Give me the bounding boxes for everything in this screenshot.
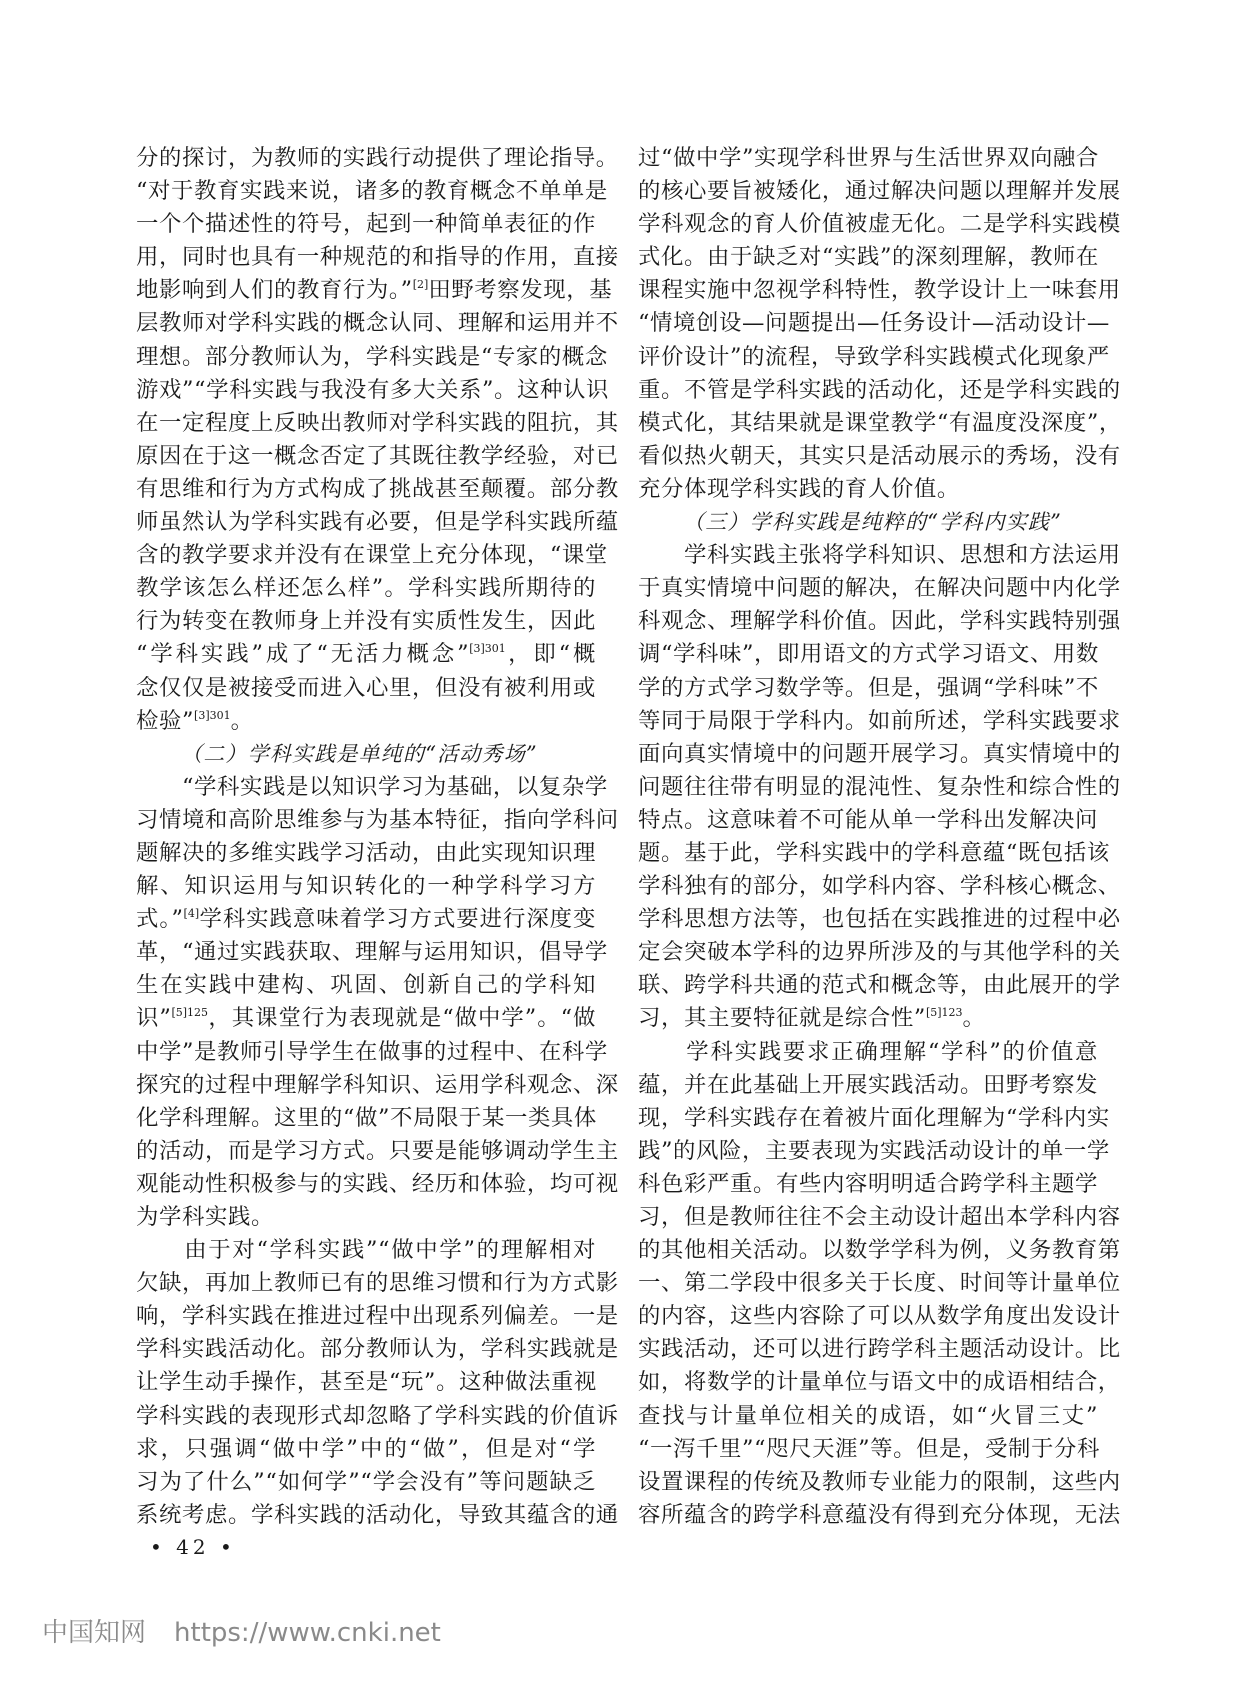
line-text: 的内容，这些内容除了可以从数学角度出发设计	[638, 1303, 1121, 1329]
line-text: 容所蕴含的跨学科意蕴没有得到充分体现，无法	[638, 1502, 1121, 1528]
line-text: 问题往往带有明显的混沌性、复杂性和综合性的	[638, 774, 1121, 800]
line-text: 用，同时也具有一种规范的和指导的作用，直接	[136, 244, 619, 270]
line-text: 践”的风险，主要表现为实践活动设计的单一学	[638, 1138, 1110, 1164]
line-text: 一个个描述性的符号，起到一种简单表征的作	[136, 211, 596, 237]
text-line: 习情境和高阶思维参与为基本特征，指向学科问	[136, 804, 596, 837]
text-line: “对于教育实践来说，诸多的教育概念不单单是	[136, 175, 596, 208]
line-text: 解、知识运用与知识转化的一种学科学习方	[136, 873, 596, 899]
text-line: 游戏”“学科实践与我没有多大关系”。这种认识	[136, 374, 596, 407]
text-line: 科观念、理解学科价值。因此，学科实践特别强	[638, 605, 1098, 638]
section-heading: （三）学科实践是纯粹的“学科内实践”	[638, 506, 1098, 539]
line-text: 习情境和高阶思维参与为基本特征，指向学科问	[136, 807, 619, 833]
text-line: 理想。部分教师认为，学科实践是“专家的概念	[136, 341, 596, 374]
line-text: 探究的过程中理解学科知识、运用学科观念、深	[136, 1072, 619, 1098]
line-text: 的核心要旨被矮化，通过解决问题以理解并发展	[638, 178, 1121, 204]
left-column: 分的探讨，为教师的实践行动提供了理论指导。“对于教育实践来说，诸多的教育概念不单…	[136, 142, 596, 1532]
text-line: 式化。由于缺乏对“实践”的深刻理解，教师在	[638, 241, 1098, 274]
text-line: 师虽然认为学科实践有必要，但是学科实践所蕴	[136, 506, 596, 539]
text-line: 科色彩严重。有些内容明明适合跨学科主题学	[638, 1168, 1098, 1201]
line-text: 行为转变在教师身上并没有实质性发生，因此	[136, 608, 596, 634]
line-text: 看似热火朝天，其实只是活动展示的秀场，没有	[638, 443, 1121, 469]
text-line: 实践活动，还可以进行跨学科主题活动设计。比	[638, 1333, 1098, 1366]
line-text: 在一定程度上反映出教师对学科实践的阻抗，其	[136, 410, 619, 436]
text-line: 等同于局限于学科内。如前所述，学科实践要求	[638, 705, 1098, 738]
text-line: 系统考虑。学科实践的活动化，导致其蕴含的通	[136, 1499, 596, 1532]
line-text: 一、第二学段中很多关于长度、时间等计量单位	[638, 1270, 1121, 1296]
line-text: “一泻千里”“咫尺天涯”等。但是，受制于分科	[638, 1436, 1100, 1462]
line-text: 调“学科味”，即用语文的方式学习语文、用数	[638, 641, 1099, 667]
right-column: 过“做中学”实现学科世界与生活世界双向融合的核心要旨被矮化，通过解决问题以理解并…	[638, 142, 1098, 1532]
text-line: 行为转变在教师身上并没有实质性发生，因此	[136, 605, 596, 638]
line-text: 学科实践的表现形式却忽略了学科实践的价值诉	[136, 1403, 619, 1429]
text-line: 习，但是教师往往不会主动设计超出本学科内容	[638, 1201, 1098, 1234]
citation-ref: [2]	[413, 278, 429, 291]
text-line: 学科实践要求正确理解“学科”的价值意	[638, 1036, 1098, 1069]
line-text: 习为了什么”“如何学”“学会没有”等问题缺乏	[136, 1469, 596, 1495]
line-text: 生在实践中建构、巩固、创新自己的学科知	[136, 972, 596, 998]
line-text: 检验”	[136, 708, 194, 734]
line-text: 模式化，其结果就是课堂教学“有温度没深度”，	[638, 410, 1122, 436]
line-text: 响，学科实践在推进过程中出现系列偏差。一是	[136, 1303, 619, 1329]
line-text: “对于教育实践来说，诸多的教育概念不单单是	[136, 178, 608, 204]
text-line: “一泻千里”“咫尺天涯”等。但是，受制于分科	[638, 1433, 1098, 1466]
line-text: 学科实践活动化。部分教师认为，学科实践就是	[136, 1336, 619, 1362]
text-line: 有思维和行为方式构成了挑战甚至颠覆。部分教	[136, 473, 596, 506]
line-text: 念仅仅是被接受而进入心里，但没有被利用或	[136, 675, 596, 701]
line-text: 面向真实情境中的问题开展学习。真实情境中的	[638, 741, 1121, 767]
text-line: 用，同时也具有一种规范的和指导的作用，直接	[136, 241, 596, 274]
line-text-continued: ，即“概	[506, 641, 596, 667]
text-line: 一、第二学段中很多关于长度、时间等计量单位	[638, 1267, 1098, 1300]
line-text: 学科独有的部分，如学科内容、学科核心概念、	[638, 873, 1121, 899]
text-line: 特点。这意味着不可能从单一学科出发解决问	[638, 804, 1098, 837]
text-line: 容所蕴含的跨学科意蕴没有得到充分体现，无法	[638, 1499, 1098, 1532]
line-text: 设置课程的传统及教师专业能力的限制，这些内	[638, 1469, 1121, 1495]
text-line: 念仅仅是被接受而进入心里，但没有被利用或	[136, 672, 596, 705]
line-text: 习，其主要特征就是综合性”	[638, 1005, 926, 1031]
text-line: 定会突破本学科的边界所涉及的与其他学科的关	[638, 936, 1098, 969]
section-heading: （二）学科实践是单纯的“活动秀场”	[136, 738, 596, 771]
text-line: 看似热火朝天，其实只是活动展示的秀场，没有	[638, 440, 1098, 473]
text-line: “学科实践是以知识学习为基础，以复杂学	[136, 771, 596, 804]
text-line: 检验”[3]301。	[136, 705, 596, 738]
citation-ref: [5]123	[926, 1006, 963, 1019]
text-line: 解、知识运用与知识转化的一种学科学习方	[136, 870, 596, 903]
text-line: “学科实践”成了“无活力概念”[3]301，即“概	[136, 638, 596, 671]
line-text: 现，学科实践存在着被片面化理解为“学科内实	[638, 1105, 1110, 1131]
line-text-continued: 田野考察发现，基	[428, 277, 612, 303]
text-line: 习，其主要特征就是综合性”[5]123。	[638, 1002, 1098, 1035]
text-line: 在一定程度上反映出教师对学科实践的阻抗，其	[136, 407, 596, 440]
line-text: 学的方式学习数学等。但是，强调“学科味”不	[638, 675, 1099, 701]
text-line: 式。”[4]学科实践意味着学习方式要进行深度变	[136, 903, 596, 936]
text-line: 学科独有的部分，如学科内容、学科核心概念、	[638, 870, 1098, 903]
line-text: 如，将数学的计量单位与语文中的成语相结合，	[638, 1369, 1121, 1395]
line-text: 题。基于此，学科实践中的学科意蕴“既包括该	[638, 840, 1110, 866]
line-text: 革，“通过实践获取、理解与运用知识，倡导学	[136, 939, 608, 965]
line-text: 科色彩严重。有些内容明明适合跨学科主题学	[638, 1171, 1098, 1197]
text-line: 欠缺，再加上教师已有的思维习惯和行为方式影	[136, 1267, 596, 1300]
text-line: 践”的风险，主要表现为实践活动设计的单一学	[638, 1135, 1098, 1168]
line-text: 充分体现学科实践的育人价值。	[638, 476, 960, 502]
text-line: 过“做中学”实现学科世界与生活世界双向融合	[638, 142, 1098, 175]
text-line: 识”[5]125，其课堂行为表现就是“做中学”。“做	[136, 1002, 596, 1035]
line-text: 的活动，而是学习方式。只要是能够调动学生主	[136, 1138, 619, 1164]
text-line: 学科思想方法等，也包括在实践推进的过程中必	[638, 903, 1098, 936]
text-line: 于真实情境中问题的解决，在解决问题中内化学	[638, 572, 1098, 605]
text-line: 的内容，这些内容除了可以从数学角度出发设计	[638, 1300, 1098, 1333]
line-text: 地影响到人们的教育行为。”	[136, 277, 413, 303]
text-line: 的活动，而是学习方式。只要是能够调动学生主	[136, 1135, 596, 1168]
line-text: 系统考虑。学科实践的活动化，导致其蕴含的通	[136, 1502, 619, 1528]
text-line: 问题往往带有明显的混沌性、复杂性和综合性的	[638, 771, 1098, 804]
line-text: 观能动性积极参与的实践、经历和体验，均可视	[136, 1171, 619, 1197]
line-text: 等同于局限于学科内。如前所述，学科实践要求	[638, 708, 1121, 734]
line-text: 学科实践主张将学科知识、思想和方法运用	[638, 542, 1121, 568]
text-line: 蕴，并在此基础上开展实践活动。田野考察发	[638, 1069, 1098, 1102]
text-line: 面向真实情境中的问题开展学习。真实情境中的	[638, 738, 1098, 771]
line-text: 式。”	[136, 906, 184, 932]
line-text: 查找与计量单位相关的成语，如“火冒三丈”	[638, 1403, 1098, 1429]
line-text: 科观念、理解学科价值。因此，学科实践特别强	[638, 608, 1121, 634]
line-text: 理想。部分教师认为，学科实践是“专家的概念	[136, 344, 608, 370]
text-line: 如，将数学的计量单位与语文中的成语相结合，	[638, 1366, 1098, 1399]
line-text: 过“做中学”实现学科世界与生活世界双向融合	[638, 145, 1099, 171]
line-text: （三）学科实践是纯粹的“学科内实践”	[683, 510, 1062, 534]
line-text: “情境创设—问题提出—任务设计—活动设计—	[638, 310, 1110, 336]
line-text-continued: ，其课堂行为表现就是“做中学”。“做	[208, 1005, 596, 1031]
text-line: 学科实践的表现形式却忽略了学科实践的价值诉	[136, 1400, 596, 1433]
line-text: 教学该怎么样还怎么样”。学科实践所期待的	[136, 575, 596, 601]
citation-ref: [5]125	[171, 1006, 208, 1019]
text-line: 评价设计”的流程，导致学科实践模式化现象严	[638, 341, 1098, 374]
line-text: 实践活动，还可以进行跨学科主题活动设计。比	[638, 1336, 1121, 1362]
text-line: 探究的过程中理解学科知识、运用学科观念、深	[136, 1069, 596, 1102]
text-line: 学科实践活动化。部分教师认为，学科实践就是	[136, 1333, 596, 1366]
text-line: 学科实践主张将学科知识、思想和方法运用	[638, 539, 1098, 572]
line-text: 原因在于这一概念否定了其既往教学经验，对已	[136, 443, 619, 469]
line-text-continued: 。	[963, 1005, 986, 1031]
line-text: 式化。由于缺乏对“实践”的深刻理解，教师在	[638, 244, 1099, 270]
line-text: 由于对“学科实践”“做中学”的理解相对	[136, 1237, 596, 1263]
line-text: 欠缺，再加上教师已有的思维习惯和行为方式影	[136, 1270, 619, 1296]
text-line: 模式化，其结果就是课堂教学“有温度没深度”，	[638, 407, 1098, 440]
text-line: 充分体现学科实践的育人价值。	[638, 473, 1098, 506]
line-text: 的其他相关活动。以数学学科为例，义务教育第	[638, 1237, 1121, 1263]
line-text: 含的教学要求并没有在课堂上充分体现，“课堂	[136, 542, 608, 568]
line-text: 习，但是教师往往不会主动设计超出本学科内容	[638, 1204, 1121, 1230]
line-text: 求，只强调“做中学”中的“做”，但是对“学	[136, 1436, 596, 1462]
line-text-continued: 。	[231, 708, 254, 734]
text-line: 为学科实践。	[136, 1201, 596, 1234]
line-text: 让学生动手操作，甚至是“玩”。这种做法重视	[136, 1369, 597, 1395]
text-line: 调“学科味”，即用语文的方式学习语文、用数	[638, 638, 1098, 671]
line-text: 学科实践要求正确理解“学科”的价值意	[638, 1039, 1098, 1065]
line-text: 定会突破本学科的边界所涉及的与其他学科的关	[638, 939, 1121, 965]
line-text: 化学科理解。这里的“做”不局限于某一类具体	[136, 1105, 597, 1131]
line-text: 分的探讨，为教师的实践行动提供了理论指导。	[136, 145, 619, 171]
line-text: 评价设计”的流程，导致学科实践模式化现象严	[638, 344, 1110, 370]
line-text: 师虽然认为学科实践有必要，但是学科实践所蕴	[136, 509, 619, 535]
line-text-continued: 学科实践意味着学习方式要进行深度变	[199, 906, 596, 932]
line-text: 重。不管是学科实践的活动化，还是学科实践的	[638, 377, 1121, 403]
watermark-brand: 中国知网	[42, 1618, 146, 1648]
cnki-watermark: 中国知网https://www.cnki.net	[42, 1612, 441, 1649]
line-text: 识”	[136, 1005, 171, 1031]
text-line: 一个个描述性的符号，起到一种简单表征的作	[136, 208, 596, 241]
text-line: 教学该怎么样还怎么样”。学科实践所期待的	[136, 572, 596, 605]
citation-ref: [3]301	[469, 642, 506, 655]
text-line: 含的教学要求并没有在课堂上充分体现，“课堂	[136, 539, 596, 572]
text-line: 求，只强调“做中学”中的“做”，但是对“学	[136, 1433, 596, 1466]
line-text: “学科实践是以知识学习为基础，以复杂学	[136, 774, 608, 800]
text-line: 学科观念的育人价值被虚无化。二是学科实践模	[638, 208, 1098, 241]
text-line: 中学”是教师引导学生在做事的过程中、在科学	[136, 1036, 596, 1069]
page-number: • 42 •	[150, 1535, 236, 1559]
text-line: 观能动性积极参与的实践、经历和体验，均可视	[136, 1168, 596, 1201]
line-text: 题解决的多维实践学习活动，由此实现知识理	[136, 840, 596, 866]
line-text: 特点。这意味着不可能从单一学科出发解决问	[638, 807, 1098, 833]
text-line: 查找与计量单位相关的成语，如“火冒三丈”	[638, 1400, 1098, 1433]
line-text: 层教师对学科实践的概念认同、理解和运用并不	[136, 310, 619, 336]
text-line: 生在实践中建构、巩固、创新自己的学科知	[136, 969, 596, 1002]
line-text: 有思维和行为方式构成了挑战甚至颠覆。部分教	[136, 476, 619, 502]
text-line: 设置课程的传统及教师专业能力的限制，这些内	[638, 1466, 1098, 1499]
text-line: 地影响到人们的教育行为。”[2]田野考察发现，基	[136, 274, 596, 307]
text-line: 让学生动手操作，甚至是“玩”。这种做法重视	[136, 1366, 596, 1399]
line-text: 课程实施中忽视学科特性，教学设计上一味套用	[638, 277, 1121, 303]
text-line: 重。不管是学科实践的活动化，还是学科实践的	[638, 374, 1098, 407]
text-line: 原因在于这一概念否定了其既往教学经验，对已	[136, 440, 596, 473]
line-text: “学科实践”成了“无活力概念”	[136, 641, 469, 667]
text-line: 响，学科实践在推进过程中出现系列偏差。一是	[136, 1300, 596, 1333]
text-line: 分的探讨，为教师的实践行动提供了理论指导。	[136, 142, 596, 175]
line-text: 学科思想方法等，也包括在实践推进的过程中必	[638, 906, 1121, 932]
text-line: 层教师对学科实践的概念认同、理解和运用并不	[136, 307, 596, 340]
text-line: 学的方式学习数学等。但是，强调“学科味”不	[638, 672, 1098, 705]
line-text: 于真实情境中问题的解决，在解决问题中内化学	[638, 575, 1121, 601]
text-line: 由于对“学科实践”“做中学”的理解相对	[136, 1234, 596, 1267]
text-line: 革，“通过实践获取、理解与运用知识，倡导学	[136, 936, 596, 969]
line-text: 游戏”“学科实践与我没有多大关系”。这种认识	[136, 377, 609, 403]
text-line: 习为了什么”“如何学”“学会没有”等问题缺乏	[136, 1466, 596, 1499]
line-text: （二）学科实践是单纯的“活动秀场”	[181, 742, 538, 766]
text-line: “情境创设—问题提出—任务设计—活动设计—	[638, 307, 1098, 340]
text-line: 的其他相关活动。以数学学科为例，义务教育第	[638, 1234, 1098, 1267]
text-line: 现，学科实践存在着被片面化理解为“学科内实	[638, 1102, 1098, 1135]
text-line: 的核心要旨被矮化，通过解决问题以理解并发展	[638, 175, 1098, 208]
text-line: 联、跨学科共通的范式和概念等，由此展开的学	[638, 969, 1098, 1002]
text-line: 化学科理解。这里的“做”不局限于某一类具体	[136, 1102, 596, 1135]
text-line: 题解决的多维实践学习活动，由此实现知识理	[136, 837, 596, 870]
citation-ref: [3]301	[194, 709, 231, 722]
citation-ref: [4]	[184, 907, 200, 920]
line-text: 学科观念的育人价值被虚无化。二是学科实践模	[638, 211, 1121, 237]
line-text: 蕴，并在此基础上开展实践活动。田野考察发	[638, 1072, 1098, 1098]
text-line: 课程实施中忽视学科特性，教学设计上一味套用	[638, 274, 1098, 307]
watermark-url: https://www.cnki.net	[174, 1618, 441, 1648]
text-line: 题。基于此，学科实践中的学科意蕴“既包括该	[638, 837, 1098, 870]
line-text: 中学”是教师引导学生在做事的过程中、在科学	[136, 1039, 608, 1065]
line-text: 联、跨学科共通的范式和概念等，由此展开的学	[638, 972, 1121, 998]
line-text: 为学科实践。	[136, 1204, 274, 1230]
